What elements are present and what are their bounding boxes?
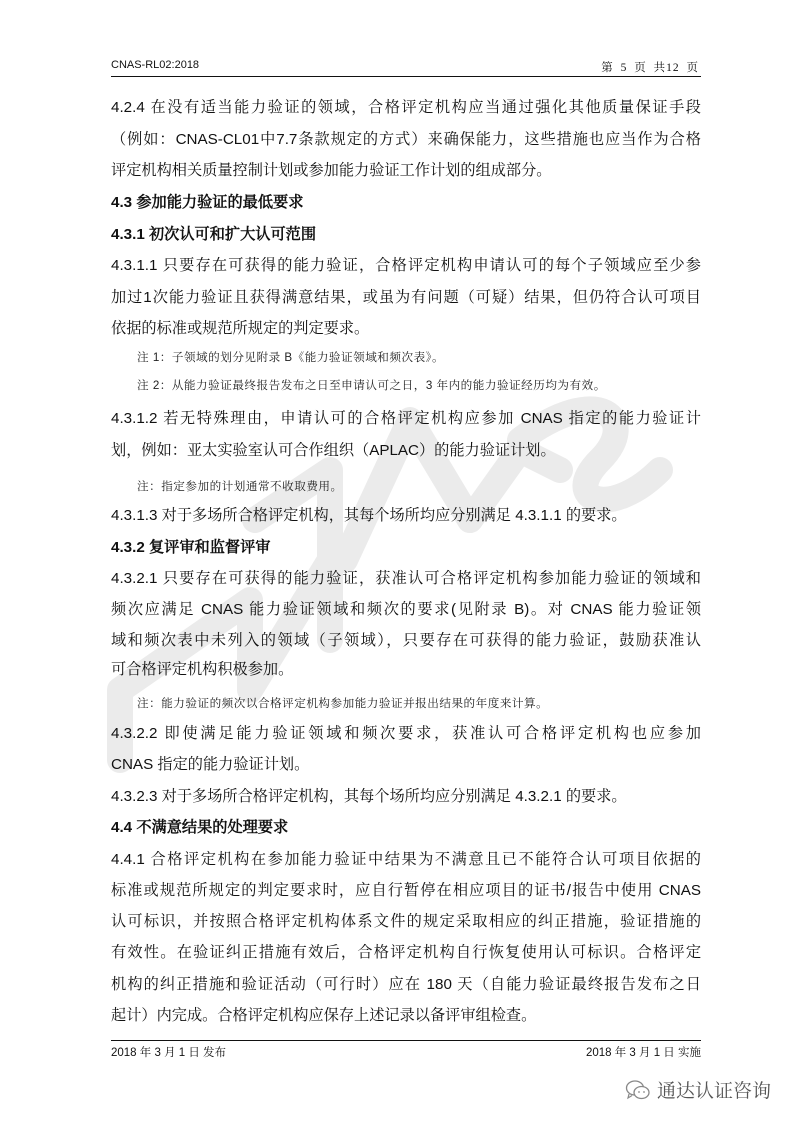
note-frequency: 注：能力验证的频次以合格评定机构参加能力验证并报出结果的年度来计算。 bbox=[137, 694, 697, 714]
clause-4-3-2-1-line-4: 可合格评定机构积极参加。 bbox=[111, 660, 701, 680]
clause-4-2-4-line-1: 4.2.4 在没有适当能力验证的领域，合格评定机构应当通过强化其他质量保证手段 bbox=[111, 98, 701, 118]
clause-4-2-4-line-2: （例如：CNAS-CL01中7.7条款规定的方式）来确保能力，这些措施也应当作为… bbox=[111, 130, 701, 150]
clause-4-3-1-2-line-2: 划，例如：亚太实验室认可合作组织（APLAC）的能力验证计划。 bbox=[111, 441, 701, 461]
clause-4-3-2-2-line-1: 4.3.2.2 即使满足能力验证领域和频次要求，获准认可合格评定机构也应参加 bbox=[111, 724, 701, 744]
clause-4-2-4-line-3: 评定机构相关质量控制计划或参加能力验证工作计划的组成部分。 bbox=[111, 161, 701, 181]
clause-4-4-1-line-6: 起计）内完成。合格评定机构应保存上述记录以备评审组检查。 bbox=[111, 1006, 701, 1026]
clause-4-4-1-line-2: 标准或规范所规定的判定要求时，应自行暂停在相应项目的证书/报告中使用 CNAS bbox=[111, 881, 701, 901]
clause-4-3-2-2-line-2: CNAS 指定的能力验证计划。 bbox=[111, 755, 701, 775]
clause-4-3-1-1-line-2: 加过1次能力验证且获得满意结果，或虽为有问题（可疑）结果，但仍符合认可项目 bbox=[111, 288, 701, 308]
wechat-account-name: 通达认证咨询 bbox=[657, 1076, 771, 1103]
issue-date: 2018 年 3 月 1 日 发布 bbox=[111, 1044, 226, 1060]
section-heading-4-4: 4.4 不满意结果的处理要求 bbox=[111, 818, 701, 838]
section-heading-4-3-1: 4.3.1 初次认可和扩大认可范围 bbox=[111, 225, 701, 245]
wechat-icon bbox=[625, 1079, 651, 1101]
clause-4-4-1-line-1: 4.4.1 合格评定机构在参加能力验证中结果为不满意且已不能符合认可项目依据的 bbox=[111, 850, 701, 870]
clause-4-3-2-1-line-1: 4.3.2.1 只要存在可获得的能力验证，获准认可合格评定机构参加能力验证的领域… bbox=[111, 569, 701, 589]
clause-4-4-1-line-4: 有效性。在验证纠正措施有效后，合格评定机构自行恢复使用认可标识。合格评定 bbox=[111, 943, 701, 963]
note-2: 注 2：从能力验证最终报告发布之日至申请认可之日，3 年内的能力验证经历均为有效… bbox=[137, 376, 697, 396]
header-rule bbox=[111, 76, 701, 77]
doc-code: CNAS-RL02:2018 bbox=[111, 59, 199, 71]
clause-4-3-2-3: 4.3.2.3 对于多场所合格评定机构，其每个场所均应分别满足 4.3.2.1 … bbox=[111, 787, 701, 807]
page-header: CNAS-RL02:2018 第 5 页 共12 页 bbox=[111, 56, 701, 76]
clause-4-3-2-1-line-2: 频次应满足 CNAS 能力验证领域和频次的要求(见附录 B)。对 CNAS 能力… bbox=[111, 600, 701, 620]
clause-4-3-1-2-line-1: 4.3.1.2 若无特殊理由，申请认可的合格评定机构应参加 CNAS 指定的能力… bbox=[111, 409, 701, 429]
clause-4-3-1-3: 4.3.1.3 对于多场所合格评定机构，其每个场所均应分别满足 4.3.1.1 … bbox=[111, 506, 701, 526]
clause-4-4-1-line-5: 机构的纠正措施和验证活动（可行时）应在 180 天（自能力验证最终报告发布之日 bbox=[111, 975, 701, 995]
footer-rule bbox=[111, 1040, 701, 1041]
clause-4-3-1-1-line-1: 4.3.1.1 只要存在可获得的能力验证，合格评定机构申请认可的每个子领域应至少… bbox=[111, 256, 701, 276]
effective-date: 2018 年 3 月 1 日 实施 bbox=[586, 1044, 701, 1060]
page-number: 第 5 页 共12 页 bbox=[601, 59, 699, 75]
section-heading-4-3-2: 4.3.2 复评审和监督评审 bbox=[111, 538, 701, 558]
clause-4-4-1-line-3: 认可标识，并按照合格评定机构体系文件的规定采取相应的纠正措施，验证措施的 bbox=[111, 912, 701, 932]
document-page: CNAS-RL02:2018 第 5 页 共12 页 4.2.4 在没有适当能力… bbox=[0, 0, 793, 1122]
clause-4-3-2-1-line-3: 域和频次表中未列入的领域（子领域），只要存在可获得的能力验证，鼓励获准认 bbox=[111, 631, 701, 651]
note-1: 注 1：子领域的划分见附录 B《能力验证领域和频次表》。 bbox=[137, 348, 697, 368]
clause-4-3-1-1-line-3: 依据的标准或规范所规定的判定要求。 bbox=[111, 319, 701, 339]
section-heading-4-3: 4.3 参加能力验证的最低要求 bbox=[111, 193, 701, 213]
wechat-watermark: 通达认证咨询 bbox=[625, 1076, 771, 1103]
note-fees: 注：指定参加的计划通常不收取费用。 bbox=[137, 477, 697, 497]
